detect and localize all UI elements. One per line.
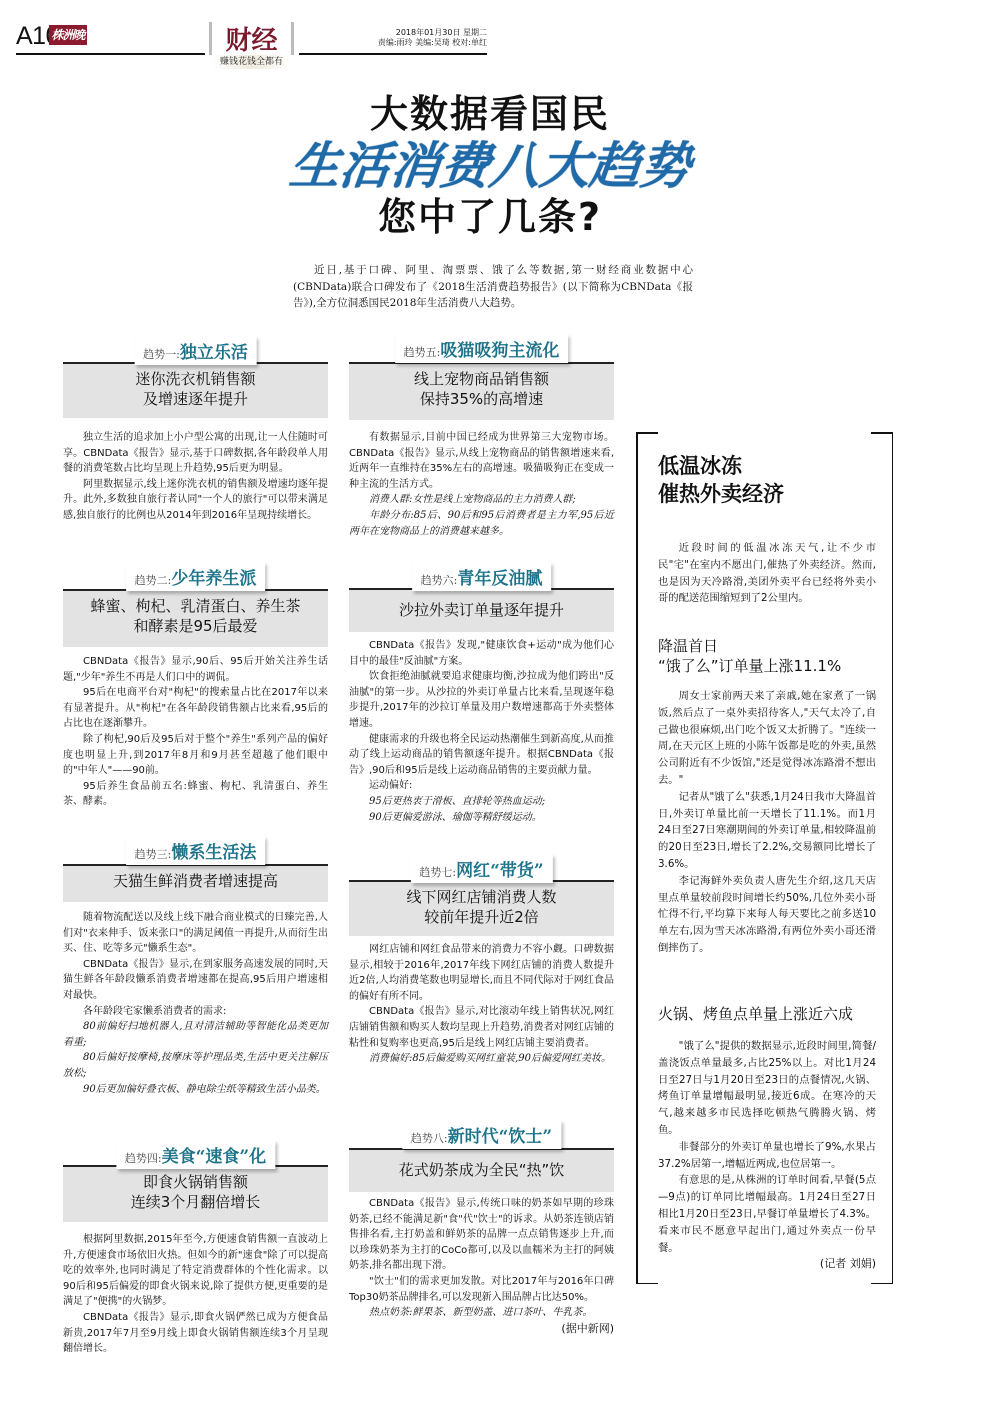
paragraph: "饮士"们的需求更加发散。对比2017年与2016年口碑Top30奶茶品牌排名,… xyxy=(349,1274,614,1305)
trend-subtitle: 线下网红店铺消费人数 较前年提升近2倍 xyxy=(349,882,614,936)
paragraph: 热点奶茶:鲜果茶、新型奶盖、进口茶叶、牛乳茶。 xyxy=(349,1305,614,1321)
headline-line-3: 您中了几条? xyxy=(240,194,740,240)
byline: (记者 刘娟) xyxy=(658,1256,876,1273)
sidebar-title: 低温冰冻 催热外卖经济 xyxy=(658,452,784,508)
paragraph: 健康需求的升级也将全民运动热潮催生到新高度,从而推动了线上运动商品的销售额逐年提… xyxy=(349,732,614,779)
paragraph: 除了枸杞,90后及95后对于整个"养生"系列产品的偏好度也明显上升,到2017年… xyxy=(63,732,328,779)
trend-name: 懒系生活法 xyxy=(171,843,256,863)
paragraph: 近段时间的低温冰冻天气,让不少市民"宅"在室内不愿出门,催热了外卖经济。然而,也… xyxy=(658,540,876,607)
trend-prefix: 趋势二: xyxy=(135,574,172,587)
trend-name: 吸猫吸狗主流化 xyxy=(440,341,559,361)
paper-logo: 株洲晚报 xyxy=(49,25,87,45)
paragraph: 80前偏好扫地机器人,且对清洁辅助等智能化品类更加看重; xyxy=(63,1019,328,1050)
trend-prefix: 趋势五: xyxy=(404,346,441,359)
paragraph: 95后养生食品前五名:蜂蜜、枸杞、乳清蛋白、养生茶、酵素。 xyxy=(63,779,328,810)
paragraph: CBNData《报告》显示,即食火锅俨然已成为方便食品新贵,2017年7月至9月… xyxy=(63,1310,328,1357)
trend-5: 趋势五:吸猫吸狗主流化 线上宠物商品销售额 保持35%的高增速 有数据显示,目前… xyxy=(349,334,614,554)
trend-prefix: 趋势四: xyxy=(125,1152,162,1165)
paragraph: CBNData《报告》发现,"健康饮食+运动"成为他们心目中的最佳"反油腻"方案… xyxy=(349,638,614,669)
trend-subtitle: 蜂蜜、枸杞、乳清蛋白、养生茶 和酵素是95后最爱 xyxy=(63,591,328,647)
trend-7: 趋势七:网红“带货” 线下网红店铺消费人数 较前年提升近2倍 网红店铺和网红食品… xyxy=(349,854,614,1114)
paragraph: CBNData《报告》显示,对比滚动年线上销售状况,网红店铺销售额和购买人数均呈… xyxy=(349,1004,614,1051)
paragraph: 饮食拒绝油腻就要追求健康均衡,沙拉成为他们跨出"反油腻"的第一步。从沙拉的外卖订… xyxy=(349,669,614,731)
trend-subtitle-line: 即食火锅销售额 xyxy=(71,1172,320,1192)
paragraph: 非餐部分的外卖订单量也增长了9%,水果占37.2%居第一,增幅近两成,也位居第一… xyxy=(658,1139,876,1173)
trend-body: 随着物流配送以及线上线下融合商业模式的日臻完善,人们对"衣来伸手、饭来张口"的满… xyxy=(63,910,328,1097)
sidebar-intro: 近段时间的低温冰冻天气,让不少市民"宅"在室内不愿出门,催热了外卖经济。然而,也… xyxy=(658,540,876,607)
paragraph: 90后更加偏好叠衣板、静电除尘纸等精致生活小品类。 xyxy=(63,1082,328,1098)
trend-4: 趋势四:美食“速食”化 即食火锅销售额 连续3个月翻倍增长 根据阿里数据,201… xyxy=(63,1140,328,1380)
paragraph: 消费偏好:85后偏爱购买网红童装,90后偏爱网红美妆。 xyxy=(349,1051,614,1067)
sidebar-border xyxy=(871,1283,893,1285)
trend-tag: 趋势二:少年养生派 xyxy=(126,562,266,591)
sidebar-section-1: 周女士家前两天来了亲戚,她在家煮了一锅饭,然后点了一桌外卖招待客人,"天气太冷了… xyxy=(658,688,876,957)
headline-line-1: 大数据看国民 xyxy=(240,90,740,138)
sidebar-story: 低温冰冻 催热外卖经济 近段时间的低温冰冻天气,让不少市民"宅"在室内不愿出门,… xyxy=(636,432,893,1284)
trend-subtitle-line: 保持35%的高增速 xyxy=(357,389,606,409)
trend-body: CBNData《报告》显示,90后、95后开始关注养生话题,"少年"养生不再是人… xyxy=(63,654,328,810)
trend-name: 新时代“饮士” xyxy=(448,1127,553,1147)
paragraph: CBNData《报告》显示,90后、95后开始关注养生话题,"少年"养生不再是人… xyxy=(63,654,328,685)
sidebar-subhead-2: 火锅、烤鱼点单量上涨近六成 xyxy=(658,1004,853,1024)
trend-subtitle-line: 沙拉外卖订单量逐年提升 xyxy=(357,600,606,620)
trend-subtitle-line: 及增速逐年提升 xyxy=(71,389,320,409)
paragraph: "饿了么"提供的数据显示,近段时间里,简餐/盖浇饭点单量最多,占比25%以上。对… xyxy=(658,1038,876,1139)
trend-1: 趋势一:独立乐活 迷你洗衣机销售额 及增速逐年提升 独立生活的追求加上小户型公寓… xyxy=(63,336,328,556)
trend-subtitle-line: 花式奶茶成为全民“热”饮 xyxy=(357,1160,606,1180)
paragraph: 90后更偏爱游泳、瑜伽等精舒缓运动。 xyxy=(349,810,614,826)
trend-body: 根据阿里数据,2015年至今,方便速食销售额一直波动上升,方便速食市场依旧火热。… xyxy=(63,1232,328,1357)
paragraph: CBNData《报告》显示,在到家服务高速发展的同时,天猫生鲜各年龄段懒系消费者… xyxy=(63,957,328,1004)
paragraph: 网红店铺和网红食品带来的消费力不容小觑。口碑数据显示,相较于2016年,2017… xyxy=(349,942,614,1004)
trend-tag: 趋势四:美食“速食”化 xyxy=(116,1140,275,1169)
intro-paragraph: 近日,基于口碑、阿里、淘票票、饿了么等数据,第一财经商业数据中心(CBNData… xyxy=(293,262,693,312)
trend-tag: 趋势五:吸猫吸狗主流化 xyxy=(395,334,569,363)
section-name: 财经 xyxy=(212,20,291,57)
trend-name: 网红“带货” xyxy=(456,861,544,881)
trend-body: CBNData《报告》显示,传统口味的奶茶如早期的珍珠奶茶,已经不能满足新"食"… xyxy=(349,1196,614,1336)
paragraph: 95后更热衷于滑板、直排轮等热血运动; xyxy=(349,794,614,810)
sidebar-title-line: 低温冰冻 xyxy=(658,452,784,480)
paragraph: CBNData《报告》显示,传统口味的奶茶如早期的珍珠奶茶,已经不能满足新"食"… xyxy=(349,1196,614,1274)
issue-date: 2018年01月30日 星期二 xyxy=(378,28,487,38)
trend-prefix: 趋势六: xyxy=(421,574,458,587)
trend-prefix: 趋势三: xyxy=(135,848,172,861)
trend-body: 网红店铺和网红食品带来的消费力不容小觑。口碑数据显示,相较于2016年,2017… xyxy=(349,942,614,1067)
trend-name: 青年反油腻 xyxy=(457,569,542,589)
trend-subtitle-line: 线上宠物商品销售额 xyxy=(357,369,606,389)
trend-subtitle: 迷你洗衣机销售额 及增速逐年提升 xyxy=(63,364,328,418)
trend-subtitle-line: 蜂蜜、枸杞、乳清蛋白、养生茶 xyxy=(71,596,320,616)
trend-name: 独立乐活 xyxy=(180,343,248,363)
trend-8: 趋势八:新时代“饮士” 花式奶茶成为全民“热”饮 CBNData《报告》显示,传… xyxy=(349,1120,614,1400)
paragraph: 记者从"饿了么"获悉,1月24日我市大降温首日,外卖订单量比前一天增长了11.1… xyxy=(658,789,876,873)
paragraph: 独立生活的追求加上小户型公寓的出现,让一人住随时可享。CBNData《报告》显示… xyxy=(63,430,328,477)
paragraph: 周女士家前两天来了亲戚,她在家煮了一锅饭,然后点了一桌外卖招待客人,"天气太冷了… xyxy=(658,688,876,789)
trend-name: 少年养生派 xyxy=(171,569,256,589)
trend-subtitle-line: 迷你洗衣机销售额 xyxy=(71,369,320,389)
section-slogan: 赚钱花钱全都有 xyxy=(212,55,291,69)
paragraph: 80后偏好按摩椅,按摩床等护理品类,生活中更关注解压放松; xyxy=(63,1050,328,1081)
trend-6: 趋势六:青年反油腻 沙拉外卖订单量逐年提升 CBNData《报告》发现,"健康饮… xyxy=(349,562,614,842)
trend-tag: 趋势六:青年反油腻 xyxy=(412,562,552,591)
trend-subtitle-line: 线下网红店铺消费人数 xyxy=(357,887,606,907)
issue-info: 2018年01月30日 星期二 责编:雨玲 美编:吴琦 校对:单红 xyxy=(378,28,487,48)
subhead-line: “饿了么”订单量上涨11.1% xyxy=(658,656,841,676)
paragraph: 有意思的是,从株洲的订单时间看,早餐(5点—9点)的订单同比增幅最高。1月24日… xyxy=(658,1172,876,1256)
paragraph: 随着物流配送以及线上线下融合商业模式的日臻完善,人们对"衣来伸手、饭来张口"的满… xyxy=(63,910,328,957)
sidebar-section-2: "饿了么"提供的数据显示,近段时间里,简餐/盖浇饭点单量最多,占比25%以上。对… xyxy=(658,1038,876,1273)
sidebar-border xyxy=(636,432,638,1284)
headline: 大数据看国民 生活消费八大趋势 您中了几条? xyxy=(240,90,740,240)
trend-subtitle: 天猫生鲜消费者增速提高 xyxy=(63,866,328,902)
trend-subtitle: 即食火锅销售额 连续3个月翻倍增长 xyxy=(63,1167,328,1222)
paragraph: 有数据显示,目前中国已经成为世界第三大宠物市场。CBNData《报告》显示,从线… xyxy=(349,430,614,492)
source-credit: (据中新网) xyxy=(349,1321,614,1337)
trend-tag: 趋势七:网红“带货” xyxy=(410,854,552,883)
trend-prefix: 趋势一: xyxy=(143,348,180,361)
trend-subtitle-line: 和酵素是95后最爱 xyxy=(71,616,320,636)
trend-2: 趋势二:少年养生派 蜂蜜、枸杞、乳清蛋白、养生茶 和酵素是95后最爱 CBNDa… xyxy=(63,562,328,824)
paragraph: 消费人群:女性是线上宠物商品的主力消费人群; xyxy=(349,492,614,508)
paragraph: 根据阿里数据,2015年至今,方便速食销售额一直波动上升,方便速食市场依旧火热。… xyxy=(63,1232,328,1310)
masthead-rule-right xyxy=(299,53,487,55)
sidebar-border xyxy=(636,432,658,434)
trend-subtitle-line: 连续3个月翻倍增长 xyxy=(71,1192,320,1212)
paragraph: 阿里数据显示,线上迷你洗衣机的销售额及增速均逐年提升。此外,多数独自旅行者认同"… xyxy=(63,477,328,524)
sidebar-border xyxy=(636,1283,658,1285)
trend-subtitle-line: 天猫生鲜消费者增速提高 xyxy=(71,871,320,891)
trend-prefix: 趋势八: xyxy=(411,1132,448,1145)
paragraph: 各年龄段宅家懒系消费者的需求: xyxy=(63,1004,328,1020)
trend-subtitle-line: 较前年提升近2倍 xyxy=(357,907,606,927)
trend-3: 趋势三:懒系生活法 天猫生鲜消费者增速提高 随着物流配送以及线上线下融合商业模式… xyxy=(63,836,328,1126)
masthead: A10 株洲晚报 财经 赚钱花钱全都有 2018年01月30日 星期二 责编:雨… xyxy=(0,0,985,75)
trend-prefix: 趋势七: xyxy=(419,866,456,879)
sidebar-title-line: 催热外卖经济 xyxy=(658,480,784,508)
masthead-rule-left xyxy=(16,53,205,55)
subhead-line: 降温首日 xyxy=(658,636,841,656)
headline-line-2: 生活消费八大趋势 xyxy=(237,138,743,194)
trend-body: 有数据显示,目前中国已经成为世界第三大宠物市场。CBNData《报告》显示,从线… xyxy=(349,430,614,539)
issue-credits: 责编:雨玲 美编:吴琦 校对:单红 xyxy=(378,38,487,48)
paragraph: 95后在电商平台对"枸杞"的搜索量占比在2017年以来有显著提升。从"枸杞"在各… xyxy=(63,685,328,732)
trend-tag: 趋势一:独立乐活 xyxy=(134,336,257,365)
trend-body: CBNData《报告》发现,"健康饮食+运动"成为他们心目中的最佳"反油腻"方案… xyxy=(349,638,614,825)
trend-subtitle: 沙拉外卖订单量逐年提升 xyxy=(349,590,614,632)
trend-tag: 趋势三:懒系生活法 xyxy=(126,836,266,865)
section-divider-right xyxy=(291,22,294,55)
trend-subtitle: 花式奶茶成为全民“热”饮 xyxy=(349,1150,614,1192)
trend-subtitle: 线上宠物商品销售额 保持35%的高增速 xyxy=(349,364,614,420)
paragraph: 李记海鲜外卖负责人唐先生介绍,这几天店里点单量较前段时间增长约50%,几位外卖小… xyxy=(658,873,876,957)
sidebar-border xyxy=(892,432,894,1284)
trend-body: 独立生活的追求加上小户型公寓的出现,让一人住随时可享。CBNData《报告》显示… xyxy=(63,430,328,524)
sidebar-subhead-1: 降温首日 “饿了么”订单量上涨11.1% xyxy=(658,636,841,676)
trend-tag: 趋势八:新时代“饮士” xyxy=(402,1120,561,1149)
paragraph: 年龄分布:85后、90后和95后消费者是主力军,95后近两年在宠物商品上的消费越… xyxy=(349,508,614,539)
sidebar-border xyxy=(871,432,893,434)
trend-name: 美食“速食”化 xyxy=(162,1147,267,1167)
paragraph: 运动偏好: xyxy=(349,778,614,794)
